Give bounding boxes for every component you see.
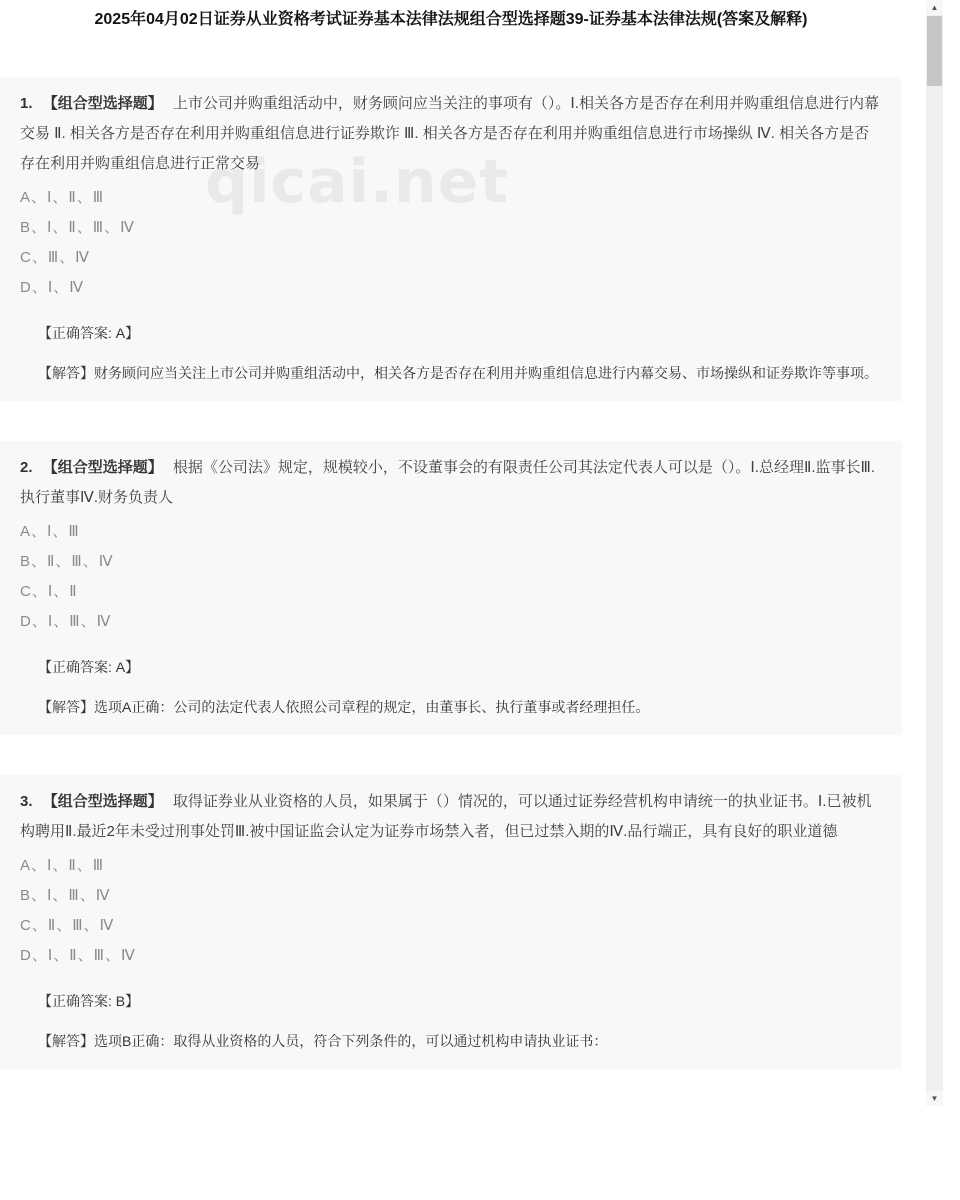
question-card-3: 3. 【组合型选择题】 取得证券业从业资格的人员，如果属于（）情况的，可以通过证… <box>0 775 902 1069</box>
scroll-up-button[interactable]: ▲ <box>926 0 943 15</box>
question-card-3-body: 3. 【组合型选择题】 取得证券业从业资格的人员，如果属于（）情况的，可以通过证… <box>20 787 882 1055</box>
scroll-up-icon: ▲ <box>931 3 939 12</box>
question-2-number: 2. <box>20 459 33 476</box>
question-2-stem-row: 2. 【组合型选择题】 根据《公司法》规定，规模较小，不设董事会的有限责任公司其… <box>20 453 882 513</box>
question-card-1-body: 1. 【组合型选择题】 上市公司并购重组活动中，财务顾问应当关注的事项有（）。Ⅰ… <box>20 89 882 387</box>
question-1-type-label: 【组合型选择题】 <box>43 95 163 112</box>
question-1-option-c: C、Ⅲ、Ⅳ <box>20 243 882 273</box>
question-2-option-c: C、Ⅰ、Ⅱ <box>20 577 882 607</box>
page-title: 2025年04月02日证券从业资格考试证券基本法律法规组合型选择题39-证券基本… <box>0 0 902 31</box>
question-3-option-c: C、Ⅱ、Ⅲ、Ⅳ <box>20 911 882 941</box>
question-card-2-body: 2. 【组合型选择题】 根据《公司法》规定，规模较小，不设董事会的有限责任公司其… <box>20 453 882 721</box>
question-3-correct-answer: 【正确答案: B】 <box>38 991 882 1011</box>
question-3-option-b: B、Ⅰ、Ⅲ、Ⅳ <box>20 881 882 911</box>
page-content: 2025年04月02日证券从业资格考试证券基本法律法规组合型选择题39-证券基本… <box>0 0 902 1069</box>
question-3-explanation: 【解答】选项B正确：取得从业资格的人员，符合下列条件的，可以通过机构申请执业证书… <box>38 1027 882 1055</box>
question-3-type-label: 【组合型选择题】 <box>43 793 163 810</box>
question-3-option-d: D、Ⅰ、Ⅱ、Ⅲ、Ⅳ <box>20 941 882 971</box>
question-1-correct-answer: 【正确答案: A】 <box>38 323 882 343</box>
question-1-number: 1. <box>20 95 33 112</box>
scroll-down-icon: ▼ <box>931 1094 939 1103</box>
scrollbar[interactable]: ▲ ▼ <box>926 0 943 1106</box>
question-card-2: 2. 【组合型选择题】 根据《公司法》规定，规模较小，不设董事会的有限责任公司其… <box>0 441 902 735</box>
question-2-option-d: D、Ⅰ、Ⅲ、Ⅳ <box>20 607 882 637</box>
question-1-stem-row: 1. 【组合型选择题】 上市公司并购重组活动中，财务顾问应当关注的事项有（）。Ⅰ… <box>20 89 882 179</box>
question-1-explanation: 【解答】财务顾问应当关注上市公司并购重组活动中，相关各方是否存在利用并购重组信息… <box>38 359 882 387</box>
question-2-option-b: B、Ⅱ、Ⅲ、Ⅳ <box>20 547 882 577</box>
question-2-correct-answer: 【正确答案: A】 <box>38 657 882 677</box>
question-2-option-a: A、Ⅰ、Ⅲ <box>20 517 882 547</box>
question-card-1: qicai.net 1. 【组合型选择题】 上市公司并购重组活动中，财务顾问应当… <box>0 77 902 401</box>
scroll-down-button[interactable]: ▼ <box>926 1091 943 1106</box>
question-2-type-label: 【组合型选择题】 <box>43 459 163 476</box>
question-3-option-a: A、Ⅰ、Ⅱ、Ⅲ <box>20 851 882 881</box>
page-viewport: 2025年04月02日证券从业资格考试证券基本法律法规组合型选择题39-证券基本… <box>0 0 960 1108</box>
question-1-option-b: B、Ⅰ、Ⅱ、Ⅲ、Ⅳ <box>20 213 882 243</box>
scrollbar-thumb[interactable] <box>927 16 942 86</box>
question-2-explanation: 【解答】选项A正确：公司的法定代表人依照公司章程的规定，由董事长、执行董事或者经… <box>38 693 882 721</box>
question-3-options: A、Ⅰ、Ⅱ、Ⅲ B、Ⅰ、Ⅲ、Ⅳ C、Ⅱ、Ⅲ、Ⅳ D、Ⅰ、Ⅱ、Ⅲ、Ⅳ <box>20 851 882 971</box>
question-1-option-a: A、Ⅰ、Ⅱ、Ⅲ <box>20 183 882 213</box>
question-1-options: A、Ⅰ、Ⅱ、Ⅲ B、Ⅰ、Ⅱ、Ⅲ、Ⅳ C、Ⅲ、Ⅳ D、Ⅰ、Ⅳ <box>20 183 882 303</box>
question-1-option-d: D、Ⅰ、Ⅳ <box>20 273 882 303</box>
question-3-number: 3. <box>20 793 33 810</box>
question-3-stem-row: 3. 【组合型选择题】 取得证券业从业资格的人员，如果属于（）情况的，可以通过证… <box>20 787 882 847</box>
question-2-options: A、Ⅰ、Ⅲ B、Ⅱ、Ⅲ、Ⅳ C、Ⅰ、Ⅱ D、Ⅰ、Ⅲ、Ⅳ <box>20 517 882 637</box>
